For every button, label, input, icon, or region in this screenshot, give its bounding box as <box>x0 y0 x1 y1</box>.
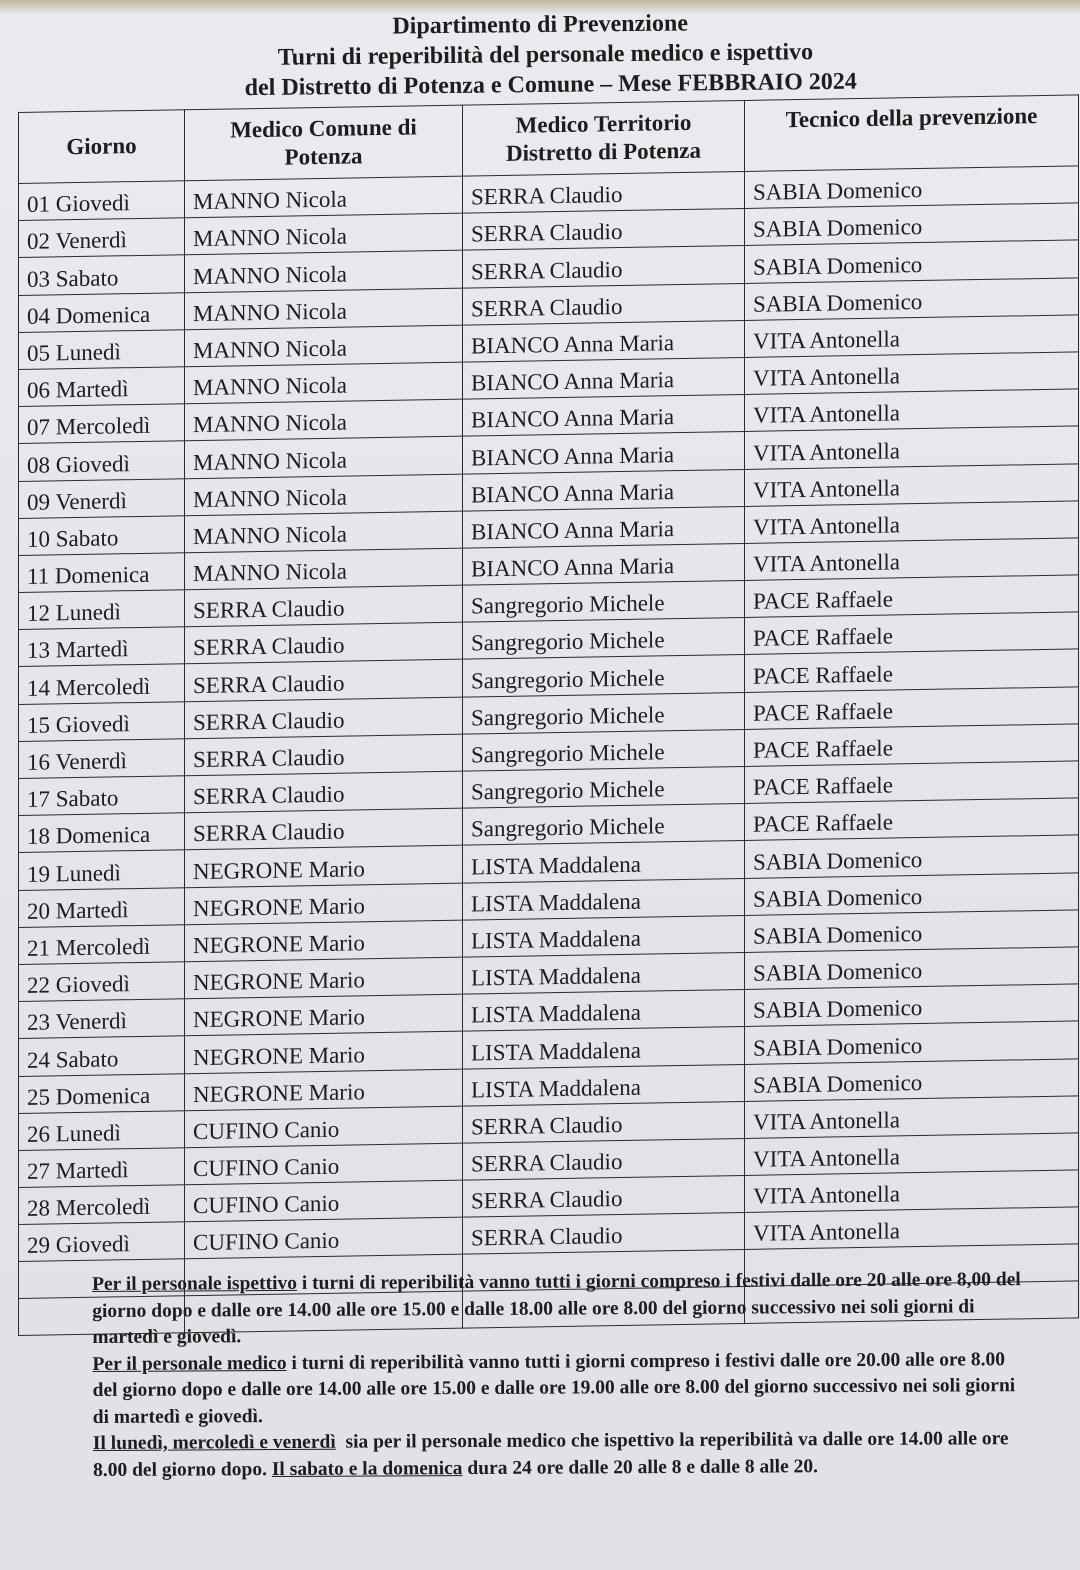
cell-medico-territorio: SERRA Claudio <box>463 1101 745 1143</box>
cell-medico-territorio: BIANCO Anna Maria <box>463 432 745 474</box>
cell-tecnico: VITA Antonella <box>745 1207 1079 1250</box>
cell-tecnico: VITA Antonella <box>745 1133 1079 1176</box>
cell-medico-comune: MANNO Nicola <box>185 399 463 441</box>
cell-tecnico: VITA Antonella <box>745 463 1079 506</box>
cell-giorno: 08 Giovedì <box>19 441 185 481</box>
cell-medico-territorio: BIANCO Anna Maria <box>463 506 745 548</box>
cell-medico-territorio: SERRA Claudio <box>463 209 745 251</box>
cell-medico-territorio: LISTA Maddalena <box>463 952 745 994</box>
table-body: 01 GiovedìMANNO NicolaSERRA ClaudioSABIA… <box>19 166 1079 1336</box>
cell-tecnico: SABIA Domenico <box>745 203 1079 246</box>
cell-giorno: 28 Mercoledì <box>19 1185 185 1225</box>
cell-medico-territorio: LISTA Maddalena <box>463 878 745 920</box>
note-weekend-text: dura 24 ore dalle 20 alle 8 e dalle 8 al… <box>462 1456 818 1479</box>
cell-tecnico: VITA Antonella <box>745 352 1079 395</box>
cell-tecnico: SABIA Domenico <box>745 1021 1079 1064</box>
cell-giorno: 21 Mercoledì <box>19 924 185 964</box>
cell-medico-territorio: Sangregorio Michele <box>463 804 745 846</box>
note-medico: Per il personale medico i turni di reper… <box>92 1347 1032 1431</box>
note-weekdays-label: Il lunedì, mercoledì e venerdì <box>93 1432 336 1454</box>
cell-giorno: 19 Lunedì <box>19 850 185 890</box>
cell-medico-comune: MANNO Nicola <box>185 176 463 218</box>
cell-medico-comune: NEGRONE Mario <box>185 846 463 888</box>
cell-medico-territorio: LISTA Maddalena <box>463 915 745 957</box>
header-medico-comune: Medico Comune di Potenza <box>185 105 463 181</box>
cell-medico-comune: NEGRONE Mario <box>185 994 463 1036</box>
cell-giorno: 09 Venerdì <box>19 478 185 518</box>
cell-giorno: 23 Venerdì <box>19 999 185 1039</box>
cell-medico-comune: SERRA Claudio <box>185 585 463 627</box>
cell-giorno: 20 Martedì <box>19 887 185 927</box>
cell-medico-comune: MANNO Nicola <box>185 474 463 516</box>
cell-medico-territorio: Sangregorio Michele <box>463 692 745 734</box>
cell-medico-territorio: SERRA Claudio <box>463 171 745 213</box>
cell-tecnico: SABIA Domenico <box>745 910 1079 953</box>
cell-medico-comune: NEGRONE Mario <box>185 920 463 962</box>
cell-tecnico: SABIA Domenico <box>745 277 1079 320</box>
cell-medico-comune: NEGRONE Mario <box>185 1031 463 1073</box>
cell-medico-territorio: BIANCO Anna Maria <box>463 320 745 362</box>
header-giorno: Giorno <box>19 110 185 184</box>
cell-tecnico: SABIA Domenico <box>745 872 1079 915</box>
cell-medico-comune: NEGRONE Mario <box>185 1069 463 1111</box>
cell-medico-territorio: SERRA Claudio <box>463 246 745 288</box>
cell-tecnico: VITA Antonella <box>745 315 1079 358</box>
cell-medico-comune: MANNO Nicola <box>185 325 463 367</box>
cell-tecnico: VITA Antonella <box>745 426 1079 469</box>
cell-tecnico: PACE Raffaele <box>745 761 1079 804</box>
cell-tecnico: PACE Raffaele <box>745 575 1079 618</box>
cell-medico-territorio: Sangregorio Michele <box>463 655 745 697</box>
cell-giorno: 13 Martedì <box>19 627 185 667</box>
cell-tecnico: PACE Raffaele <box>745 798 1079 841</box>
cell-medico-comune: MANNO Nicola <box>185 288 463 330</box>
cell-medico-territorio: BIANCO Anna Maria <box>463 469 745 511</box>
cell-giorno: 01 Giovedì <box>19 181 185 221</box>
cell-medico-territorio: SERRA Claudio <box>463 1176 745 1218</box>
on-call-schedule-table: Giorno Medico Comune di Potenza Medico T… <box>18 94 1079 1336</box>
cell-medico-comune: CUFINO Canio <box>185 1143 463 1185</box>
cell-giorno: 22 Giovedì <box>19 962 185 1002</box>
cell-medico-comune: CUFINO Canio <box>185 1106 463 1148</box>
cell-medico-territorio: SERRA Claudio <box>463 283 745 325</box>
note-orari: Il lunedì, mercoledì e venerdì sia per i… <box>93 1426 1033 1484</box>
cell-giorno: 24 Sabato <box>19 1036 185 1076</box>
cell-giorno: 07 Mercoledì <box>19 404 185 444</box>
note-ispettivo: Per il personale ispettivo i turni di re… <box>92 1267 1032 1351</box>
cell-medico-comune: SERRA Claudio <box>185 622 463 664</box>
header-tecnico: Tecnico della prevenzione <box>745 95 1079 172</box>
cell-medico-territorio: LISTA Maddalena <box>463 841 745 883</box>
cell-medico-comune: MANNO Nicola <box>185 548 463 590</box>
cell-giorno: 02 Venerdì <box>19 218 185 258</box>
cell-giorno: 17 Sabato <box>19 776 185 816</box>
cell-medico-comune: MANNO Nicola <box>185 213 463 255</box>
cell-tecnico: VITA Antonella <box>745 1170 1079 1213</box>
cell-medico-territorio: LISTA Maddalena <box>463 990 745 1032</box>
cell-medico-comune: MANNO Nicola <box>185 251 463 293</box>
cell-giorno: 16 Venerdì <box>19 739 185 779</box>
cell-giorno: 26 Lunedì <box>19 1110 185 1150</box>
cell-medico-comune: SERRA Claudio <box>185 660 463 702</box>
header-medico-territorio: Medico Territorio Distretto di Potenza <box>463 100 745 176</box>
cell-giorno: 03 Sabato <box>19 255 185 295</box>
cell-tecnico: SABIA Domenico <box>745 947 1079 990</box>
cell-giorno: 14 Mercoledì <box>19 664 185 704</box>
schedule-sheet: Giorno Medico Comune di Potenza Medico T… <box>18 94 1080 1336</box>
cell-giorno: 06 Martedì <box>19 367 185 407</box>
cell-medico-territorio: Sangregorio Michele <box>463 581 745 623</box>
cell-medico-comune: MANNO Nicola <box>185 511 463 553</box>
cell-tecnico: PACE Raffaele <box>745 612 1079 655</box>
cell-tecnico: PACE Raffaele <box>745 687 1079 730</box>
cell-giorno: 04 Domenica <box>19 292 185 332</box>
cell-medico-territorio: LISTA Maddalena <box>463 1027 745 1069</box>
cell-giorno: 27 Martedì <box>19 1148 185 1188</box>
cell-medico-territorio: BIANCO Anna Maria <box>463 543 745 585</box>
cell-medico-territorio: BIANCO Anna Maria <box>463 395 745 437</box>
cell-medico-comune: NEGRONE Mario <box>185 883 463 925</box>
cell-medico-comune: SERRA Claudio <box>185 808 463 850</box>
document-header: Dipartimento di Prevenzione Turni di rep… <box>0 4 1080 105</box>
cell-giorno: 10 Sabato <box>19 515 185 555</box>
cell-medico-territorio: LISTA Maddalena <box>463 1064 745 1106</box>
cell-tecnico: VITA Antonella <box>745 538 1079 581</box>
cell-medico-comune: SERRA Claudio <box>185 697 463 739</box>
cell-tecnico: SABIA Domenico <box>745 1058 1079 1101</box>
cell-medico-territorio: SERRA Claudio <box>463 1138 745 1180</box>
note-weekend-label: Il sabato e la domenica <box>272 1458 463 1480</box>
cell-giorno: 18 Domenica <box>19 813 185 853</box>
cell-giorno: 29 Giovedì <box>19 1222 185 1262</box>
cell-tecnico: SABIA Domenico <box>745 240 1079 283</box>
cell-medico-comune: CUFINO Canio <box>185 1180 463 1222</box>
cell-tecnico: SABIA Domenico <box>745 984 1079 1027</box>
note-medico-label: Per il personale medico <box>92 1352 286 1374</box>
cell-medico-comune: MANNO Nicola <box>185 436 463 478</box>
cell-giorno: 05 Lunedì <box>19 329 185 369</box>
cell-tecnico: VITA Antonella <box>745 501 1079 544</box>
cell-tecnico: VITA Antonella <box>745 1096 1079 1139</box>
cell-medico-territorio: Sangregorio Michele <box>463 729 745 771</box>
cell-giorno: 25 Domenica <box>19 1073 185 1113</box>
cell-medico-comune: MANNO Nicola <box>185 362 463 404</box>
cell-giorno: 11 Domenica <box>19 553 185 593</box>
cell-medico-comune: NEGRONE Mario <box>185 957 463 999</box>
cell-tecnico: SABIA Domenico <box>745 166 1079 209</box>
cell-medico-territorio: BIANCO Anna Maria <box>463 357 745 399</box>
note-ispettivo-label: Per il personale ispettivo <box>92 1273 297 1295</box>
cell-tecnico: PACE Raffaele <box>745 724 1079 767</box>
cell-tecnico: VITA Antonella <box>745 389 1079 432</box>
cell-giorno: 12 Lunedì <box>19 590 185 630</box>
cell-medico-comune: SERRA Claudio <box>185 734 463 776</box>
cell-tecnico: PACE Raffaele <box>745 649 1079 692</box>
cell-medico-territorio: SERRA Claudio <box>463 1213 745 1255</box>
cell-medico-territorio: Sangregorio Michele <box>463 766 745 808</box>
cell-medico-comune: CUFINO Canio <box>185 1217 463 1259</box>
cell-tecnico: SABIA Domenico <box>745 835 1079 878</box>
schedule-notes: Per il personale ispettivo i turni di re… <box>92 1267 1033 1484</box>
cell-giorno: 15 Giovedì <box>19 701 185 741</box>
cell-medico-comune: SERRA Claudio <box>185 771 463 813</box>
cell-medico-territorio: Sangregorio Michele <box>463 618 745 660</box>
